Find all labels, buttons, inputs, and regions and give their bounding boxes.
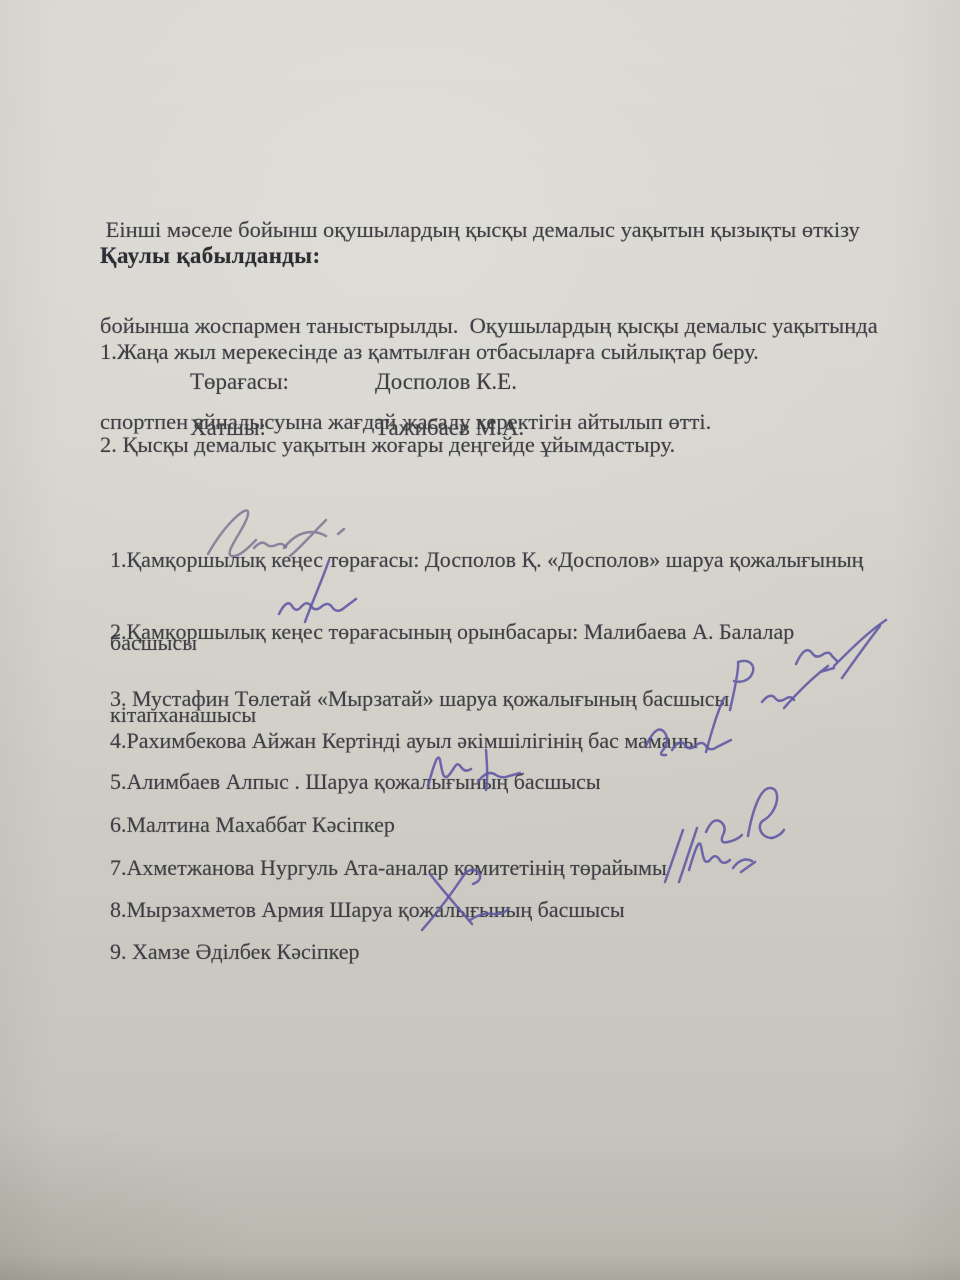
resolution-item: 1.Жаңа жыл мерекесінде аз қамтылған отба… (100, 336, 759, 367)
official-name: Досполов К.Е. (375, 369, 517, 395)
member-item: 9. Хамзе Әділбек Кәсіпкер (110, 883, 940, 993)
member-line: 9. Хамзе Әділбек Кәсіпкер (110, 938, 940, 966)
photo-corner-shadow (0, 1080, 320, 1280)
official-role: Хатшы: (190, 415, 266, 441)
official-role: Төрағасы: (190, 369, 289, 395)
official-row-secretary: Хатшы: Тажибаев М.А. (0, 415, 960, 445)
intro-line: Еінші мәселе бойынш оқушылардың қысқы де… (100, 214, 878, 246)
official-row-chairman: Төрағасы: Досполов К.Е. (0, 369, 960, 399)
official-name: Тажибаев М.А. (375, 415, 524, 441)
resolution-heading: Қаулы қабылданды: (100, 243, 320, 269)
